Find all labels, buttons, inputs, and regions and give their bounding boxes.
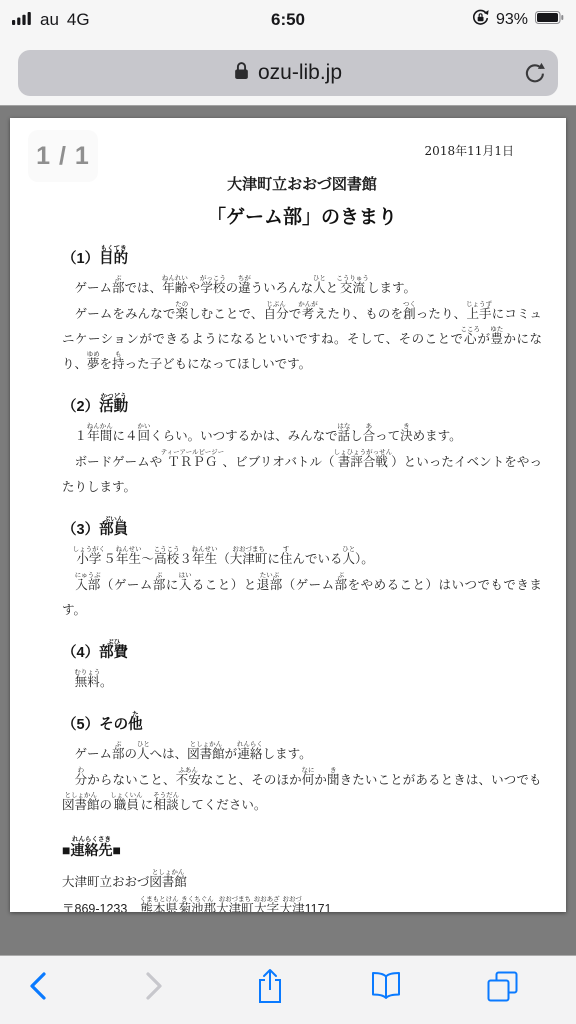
paragraph: 分わからないこと、不安ふあんなこと、そのほか何なにか聞ききたいことがあるときは、… bbox=[62, 767, 542, 818]
section-heading: （5）その他た bbox=[62, 710, 542, 740]
forward-button[interactable] bbox=[134, 964, 174, 1008]
section-other: （5）その他た ゲーム部ぶの人ひとへは、図書館としょかんが連絡れんらくします。 … bbox=[62, 710, 542, 818]
contact-address: 〒869-1233 熊本県くまもとけん菊池郡きくちぐん大津町おおづまち大字おおあ… bbox=[62, 896, 542, 912]
contact-section: ■連絡先れんらくさき■ 大津町立おおづ図書館としょかん 〒869-1233 熊本… bbox=[62, 835, 542, 912]
url-text: ozu-lib.jp bbox=[258, 61, 342, 85]
paragraph: ボードゲームやＴＲＰＧティーアールピージー、ビブリオバトル（書評合戦しょひょうが… bbox=[62, 449, 542, 500]
document-date: 2018年11月1日 bbox=[62, 142, 542, 159]
paragraph: 入部にゅうぶ（ゲーム部ぶに入はいること）と退部たいぶ（ゲーム部ぶをやめること）は… bbox=[62, 572, 542, 623]
section-heading: （1）目的もくてき bbox=[62, 244, 542, 274]
address-field[interactable]: ozu-lib.jp bbox=[18, 50, 558, 96]
paragraph: １年間ねんかんに４回かいくらい。いつするかは、みんなで話はなし合あって決きめます… bbox=[62, 423, 542, 449]
section-members: （3）部員ぶいん 小学しょうがく５年生ねんせい～高校こうこう３年生ねんせい（大津… bbox=[62, 515, 542, 623]
status-right: 93% bbox=[472, 9, 564, 31]
paragraph: 無料むりょう。 bbox=[62, 669, 542, 695]
share-button[interactable] bbox=[250, 964, 290, 1008]
back-button[interactable] bbox=[18, 964, 58, 1008]
rotation-lock-icon bbox=[472, 9, 489, 31]
url-bar: ozu-lib.jp bbox=[0, 40, 576, 106]
section-heading: （4）部費ぶひ bbox=[62, 638, 542, 668]
paragraph: 小学しょうがく５年生ねんせい～高校こうこう３年生ねんせい（大津町おおづまちに住す… bbox=[62, 546, 542, 572]
paragraph: ゲームをみんなで楽たのしむことで、自分じぶんで考かんがえたり、ものを創つくったり… bbox=[62, 301, 542, 377]
section-heading: （3）部員ぶいん bbox=[62, 515, 542, 545]
pdf-viewer[interactable]: 2018年11月1日 大津町立おおづ図書館 「ゲーム部」のきまり （1）目的もく… bbox=[0, 106, 576, 955]
status-bar: au 4G 6:50 93% bbox=[0, 0, 576, 40]
battery-icon bbox=[535, 11, 564, 29]
battery-percent: 93% bbox=[496, 11, 528, 29]
pdf-page: 2018年11月1日 大津町立おおづ図書館 「ゲーム部」のきまり （1）目的もく… bbox=[10, 118, 566, 912]
paragraph: ゲーム部ぶでは、年齢ねんれいや学校がっこうの違ちがういろんな人ひとと交流こうりゅ… bbox=[62, 275, 542, 301]
document-organization: 大津町立おおづ図書館 bbox=[62, 173, 542, 194]
https-lock-icon bbox=[234, 61, 249, 85]
section-heading: （2）活動かつどう bbox=[62, 392, 542, 422]
page-indicator: 1 / 1 bbox=[28, 130, 98, 182]
contact-org: 大津町立おおづ図書館としょかん bbox=[62, 869, 542, 896]
contact-heading: ■連絡先れんらくさき■ bbox=[62, 835, 542, 865]
section-purpose: （1）目的もくてき ゲーム部ぶでは、年齢ねんれいや学校がっこうの違ちがういろんな… bbox=[62, 244, 542, 377]
tabs-button[interactable] bbox=[482, 964, 522, 1008]
document-title: 「ゲーム部」のきまり bbox=[62, 202, 542, 229]
section-activities: （2）活動かつどう １年間ねんかんに４回かいくらい。いつするかは、みんなで話はな… bbox=[62, 392, 542, 500]
section-fee: （4）部費ぶひ 無料むりょう。 bbox=[62, 638, 542, 695]
iphone-safari-screen: au 4G 6:50 93% bbox=[0, 0, 576, 1024]
reload-button[interactable] bbox=[522, 60, 548, 86]
safari-toolbar bbox=[0, 955, 576, 1024]
bookmarks-button[interactable] bbox=[366, 964, 406, 1008]
paragraph: ゲーム部ぶの人ひとへは、図書館としょかんが連絡れんらくします。 bbox=[62, 741, 542, 767]
